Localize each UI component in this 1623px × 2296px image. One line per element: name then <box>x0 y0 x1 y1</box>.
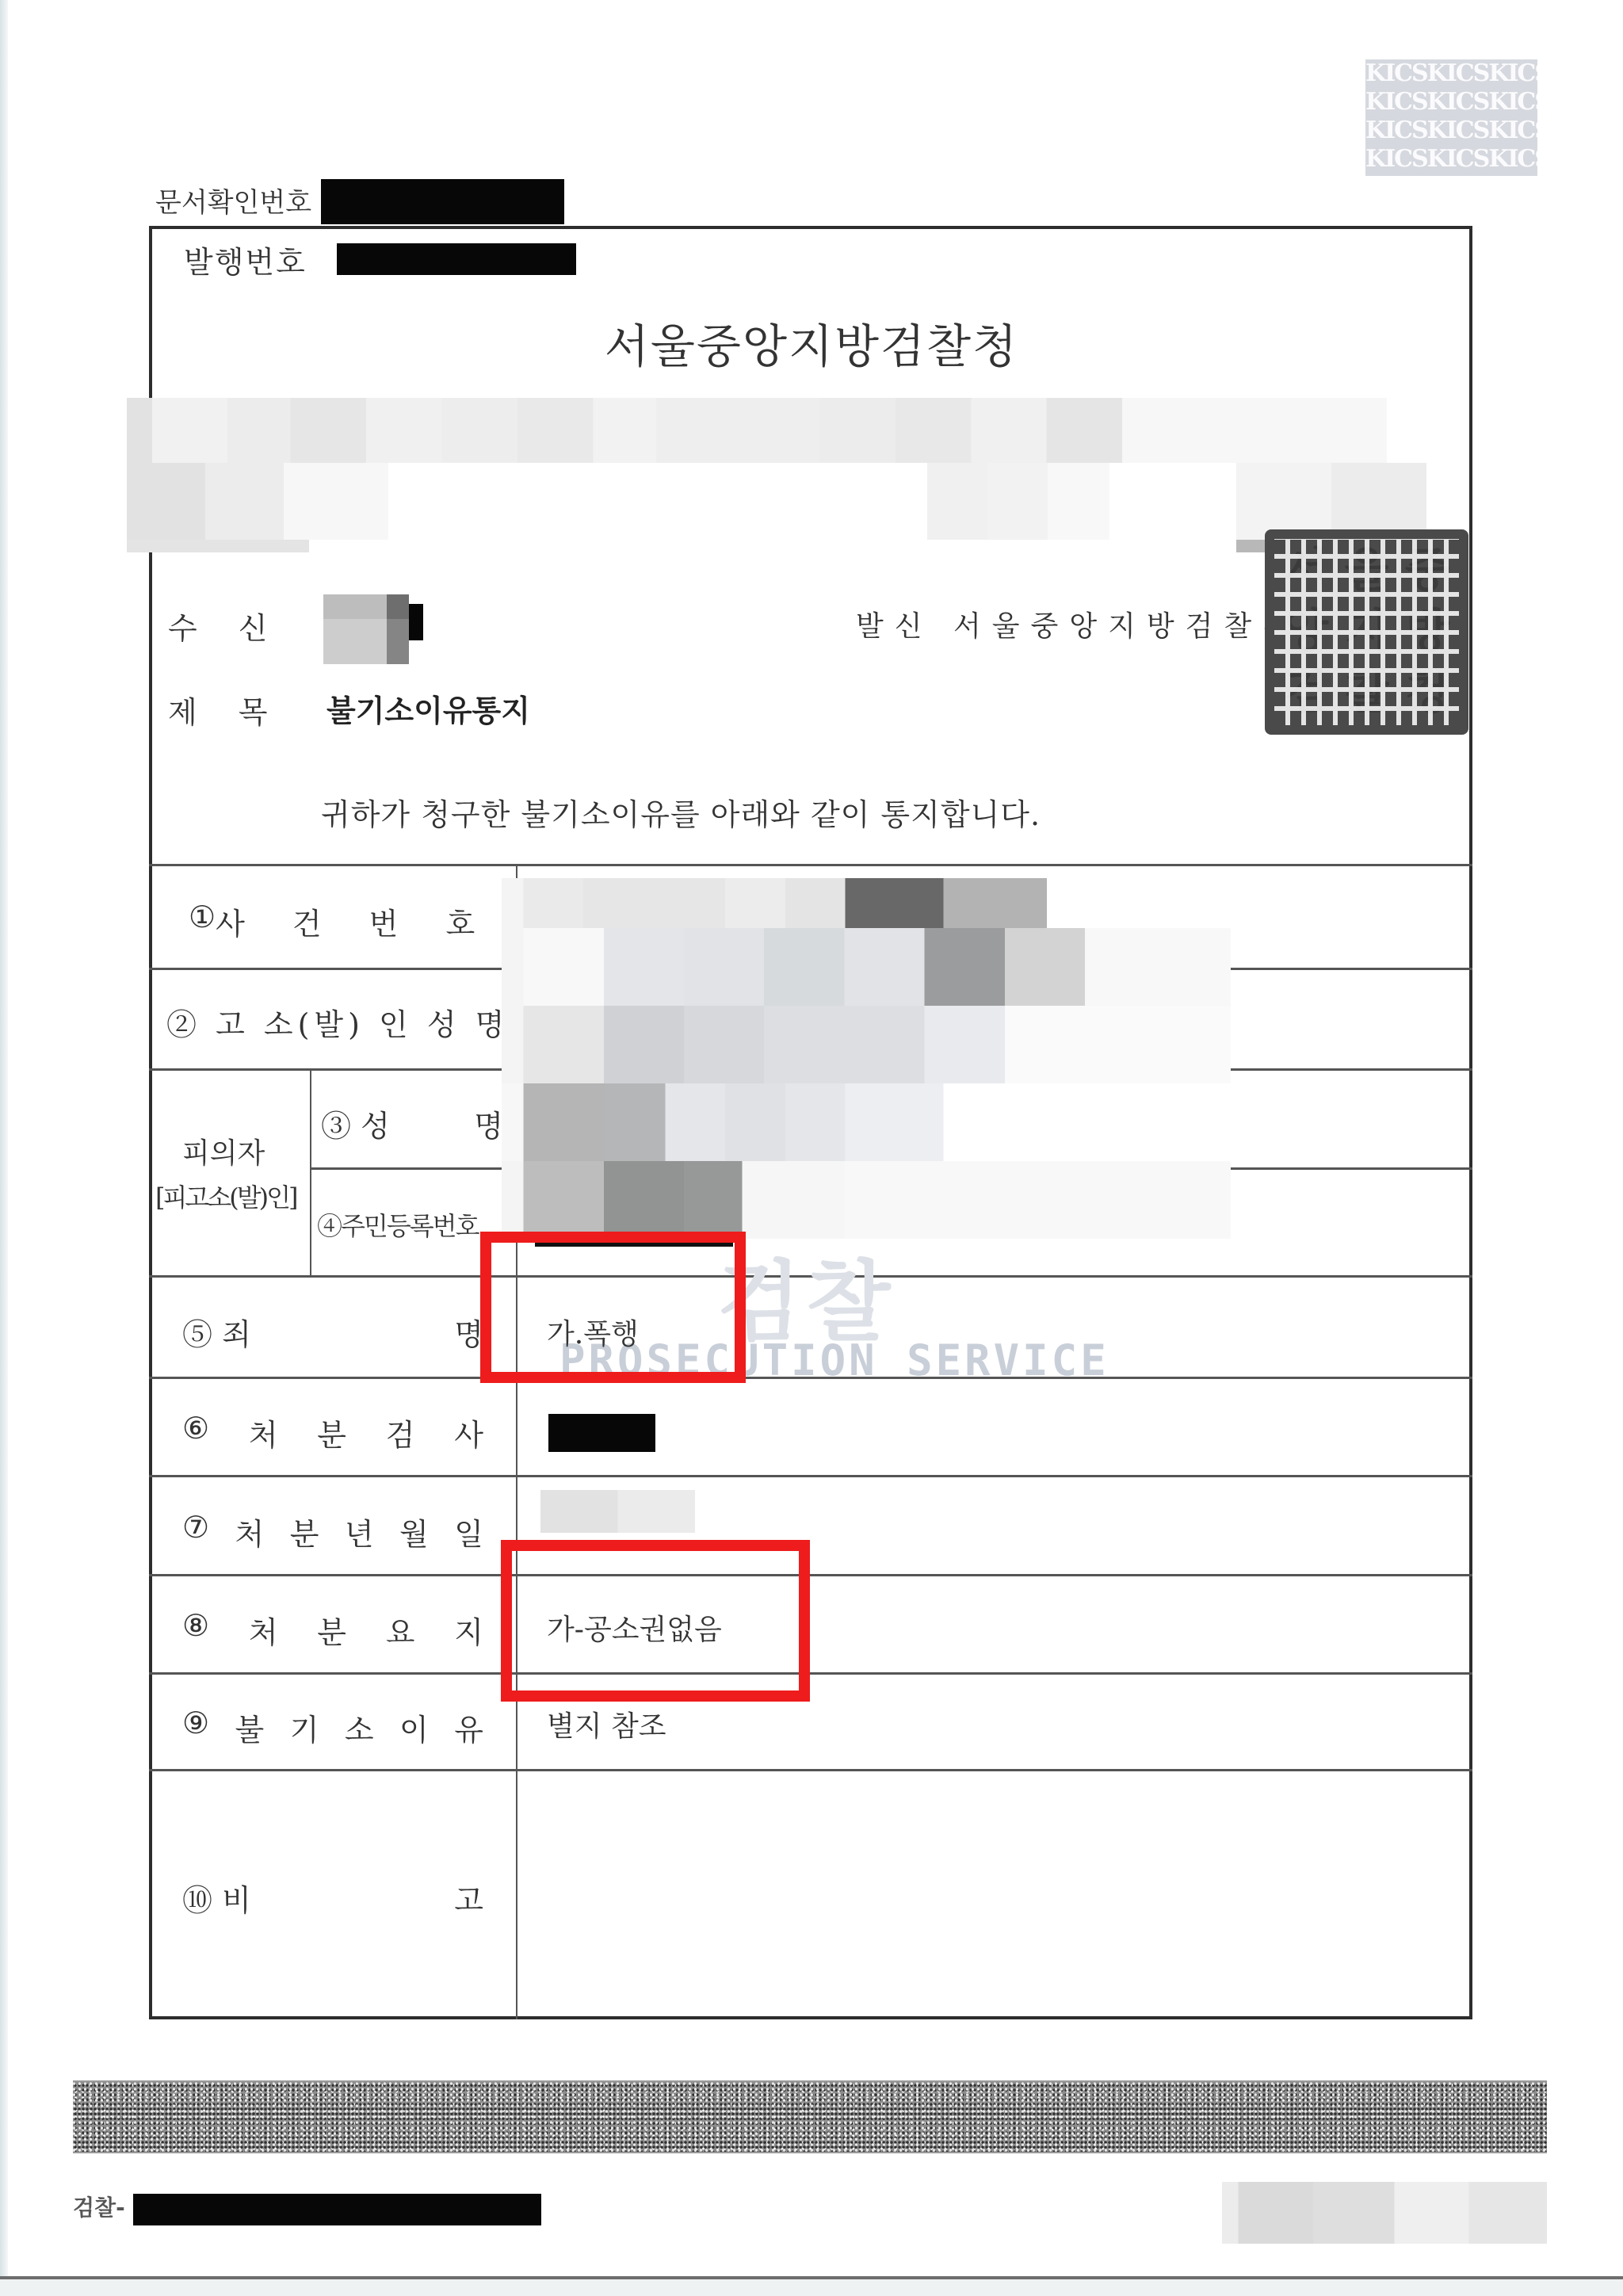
address-blur <box>127 398 1426 552</box>
personal-info-blur <box>502 878 1231 1243</box>
row-label-disposition-date: ⑦처분년월일 <box>182 1510 483 1553</box>
row-divider <box>149 1574 1472 1576</box>
footer-blur <box>1222 2182 1547 2244</box>
footer-code-prefix: 검찰- <box>73 2191 125 2222</box>
row-label-prosecutor: ⑥처분검사 <box>182 1411 483 1454</box>
highlight-box-disposition-summary <box>501 1540 810 1702</box>
kics-row: KICSKICSKICS <box>1365 59 1537 88</box>
kics-row: KICSKICSKICS <box>1365 145 1537 174</box>
kics-row: KICSKICSKICS <box>1365 88 1537 117</box>
row-divider <box>149 1769 1472 1771</box>
recipient-blur <box>387 594 409 664</box>
kics-security-mark: KICSKICSKICS KICSKICSKICS KICSKICSKICS K… <box>1365 59 1537 176</box>
prosecutor-redaction <box>548 1414 655 1452</box>
background-below-page <box>0 2279 1623 2296</box>
recipient-redaction <box>409 604 423 640</box>
disposition-date-blur <box>540 1490 695 1533</box>
subgroup-divider <box>310 1068 311 1276</box>
kics-row: KICSKICSKICS <box>1365 117 1537 145</box>
row-label-remarks: ⑩ 비고 <box>182 1876 483 1920</box>
non-indictment-reason-value: 별지 참조 <box>547 1704 666 1744</box>
official-seal-stamp: 서울중 앙지방 검찰청 <box>1265 529 1468 735</box>
row-label-disposition-summary: ⑧처분요지 <box>182 1608 483 1652</box>
footer-code-redaction <box>133 2194 541 2225</box>
agency-title: 서울중앙지방검찰청 <box>0 309 1623 376</box>
row-label-suspect-name: ③ 성명 <box>321 1102 503 1145</box>
table-top-line <box>149 864 1472 866</box>
intro-sentence: 귀하가 청구한 불기소이유를 아래와 같이 통지합니다. <box>321 790 1041 834</box>
issue-number-redaction <box>337 243 576 275</box>
issue-number-label: 발행번호 <box>184 238 307 281</box>
row-label-suspect-group: 피의자 <box>182 1131 265 1171</box>
row-label-case-number: ①사 건 번 호 <box>189 900 482 943</box>
row-divider <box>149 1475 1472 1477</box>
recipient-blur <box>323 594 387 664</box>
doc-confirm-number-redaction <box>321 179 564 224</box>
row-divider <box>149 1672 1472 1675</box>
row-label-suspect-group-sub: [피고소(발)인] <box>155 1178 296 1214</box>
row-label-charge: ⑤ 죄명 <box>182 1310 483 1354</box>
recipient-label: 수 신 <box>168 604 268 648</box>
row-label-complainant: ② 고 소(발) 인 성 명 <box>166 1000 503 1044</box>
row-label-resident-number: ④주민등록번호 <box>317 1206 479 1243</box>
subject-value: 불기소이유통지 <box>327 686 530 730</box>
security-noise-bar <box>73 2080 1547 2153</box>
row-label-non-indictment-reason: ⑨불기소이유 <box>182 1706 483 1749</box>
highlight-box-charge <box>480 1232 746 1383</box>
subject-label: 제 목 <box>168 688 268 732</box>
doc-confirm-number-label: 문서확인번호 <box>155 181 311 220</box>
